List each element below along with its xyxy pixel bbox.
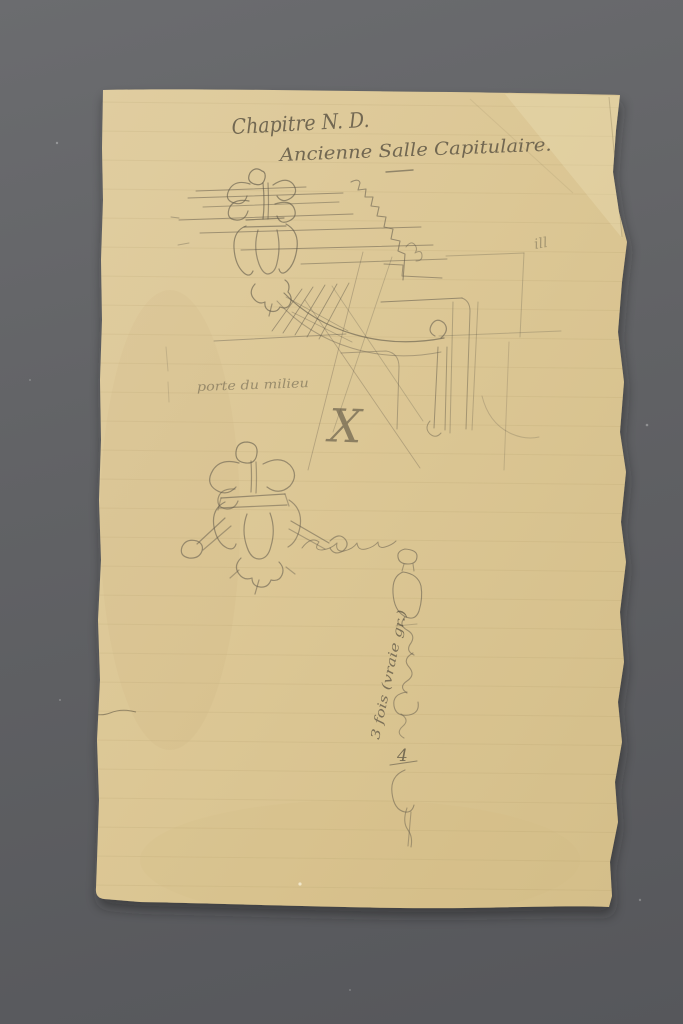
paper-stain (140, 800, 580, 920)
measure-number: 4 (396, 746, 408, 766)
x-mark: X (325, 398, 365, 453)
artwork-svg: Chapitre N. D. Ancienne Salle Capitulair… (0, 0, 683, 1024)
corner-mark: ill (533, 235, 549, 253)
photograph-backdrop: Chapitre N. D. Ancienne Salle Capitulair… (0, 0, 683, 1024)
paper-stain (100, 290, 240, 750)
paper-speck (298, 882, 301, 885)
